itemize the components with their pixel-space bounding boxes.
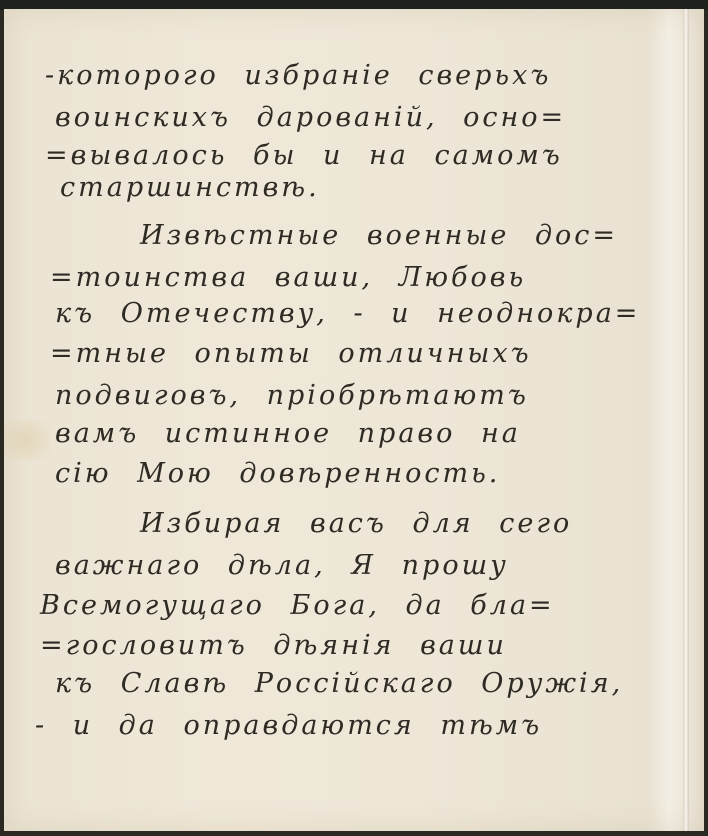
text-line: къ Славѣ Россійскаго Оружія, bbox=[55, 668, 623, 699]
text-line: важнаго дѣла, Я прошу bbox=[55, 550, 509, 581]
text-line: =вывалось бы и на самомъ bbox=[45, 140, 563, 171]
manuscript-text: -которого избраніе сверьхъ воинскихъ дар… bbox=[0, 0, 708, 836]
text-line: =тные опыты отличныхъ bbox=[50, 338, 532, 369]
text-line: - и да оправдаются тѣмъ bbox=[35, 710, 542, 741]
text-line: Всемогущаго Бога, да бла= bbox=[40, 590, 555, 621]
text-line: подвиговъ, пріобрѣтаютъ bbox=[55, 380, 529, 411]
text-line: къ Отечеству, - и неоднокра= bbox=[55, 298, 640, 329]
text-line: -которого избраніе сверьхъ bbox=[45, 60, 551, 91]
text-line: =гословитъ дѣянія ваши bbox=[40, 630, 507, 661]
text-line: воинскихъ дарованій, осно= bbox=[55, 102, 566, 133]
text-line: =тоинства ваши, Любовь bbox=[50, 262, 526, 293]
text-line: Избирая васъ для сего bbox=[140, 508, 572, 539]
text-line: старшинствѣ. bbox=[60, 172, 320, 203]
text-line: сію Мою довѣренность. bbox=[55, 458, 500, 489]
text-line: вамъ истинное право на bbox=[55, 418, 521, 449]
text-line: Извѣстные военные дос= bbox=[140, 220, 618, 251]
